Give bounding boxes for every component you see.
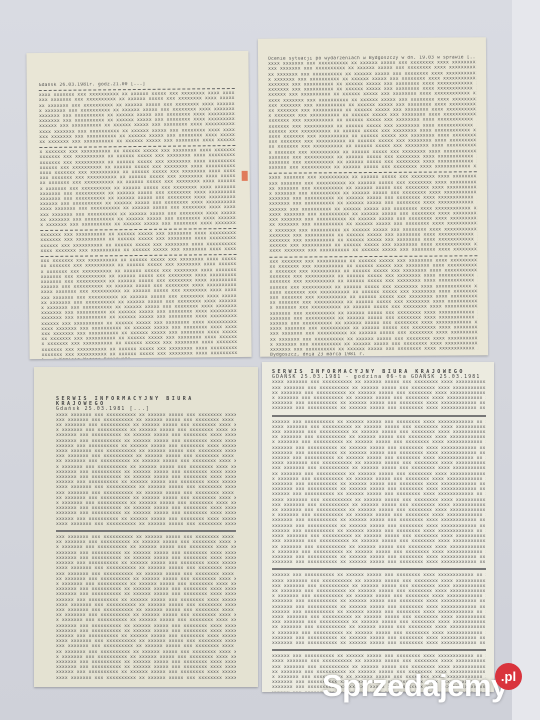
text-line: xx xxxxxxx xxx xxxxxxxxxx xx xxxxxx xxxx… [272,625,486,630]
sticker [242,171,248,181]
text-line: xxxx xxxxxxx xxx xxxxxxxxxx xx xxxxxx xx… [56,522,236,527]
board-edge [512,0,540,720]
text-line: xxxxxx xxx xxxxxxxxxx xx xxxxxx xxxxx xx… [56,670,236,675]
watermark-badge: .pl [495,663,522,690]
doc2-body: xxxx xxxxxxx xxx xxxxxxxxxx xx xxxxxx xx… [268,60,478,352]
doc2-footer: Bydgoszcz, dnia 23 marca 1981 r. [270,351,478,356]
text-line: xxxxxx xxx xxxxxxxxxx xx xxxxxx xxxxx xx… [56,598,236,603]
text-line: xxxx xxxxxxx xxx xxxxxxxxxx xx xxxxxx xx… [56,566,236,571]
text-line: xxxx xxxxxxx xxx xxxxxxxxxx xx xxxxxx xx… [56,485,236,490]
text-line: xxxx xxxxxxx xxx xxxxxxxxxx xx xxxxxx xx… [272,380,486,385]
watermark-text: Sprzedajemy [322,668,508,704]
text-line: xxxxxxx xxx xxxxxxxxxx xx xxxxxx xxxxx x… [272,605,486,610]
text-line: xxxxxxx xxx xxxxxxxxxx xx xxxxxx xxxxx x… [272,599,486,604]
document-2: Ocenie sytuacji po wydarzeniach w Bydgos… [258,37,488,357]
text-line: xx xxxxxxx xxx xxxxxxxxxx xx xxxxxx xxxx… [39,138,235,145]
text-line: xxxx xxxxxxx xxx xxxxxxxxxx xx xxxxxx xx… [269,248,477,255]
text-line: xxx xxxxxxx xxx xxxxxxxxxx xx xxxxxx xxx… [56,644,236,649]
text-line: xxxxxx xxx xxxxxxxxxx xx xxxxxx xxxxx xx… [272,573,486,578]
text-line: xxxxxxx xxx xxxxxxxxxx xx xxxxxx xxxxx x… [272,518,486,523]
text-line: x xxxxxxx xxx xxxxxxxxxx xx xxxxxx xxxxx… [272,631,486,636]
document-1: Gdańsk 26.03.1981r. godz.21.00 [...] xxx… [26,51,251,359]
text-line: xxxxxxx xxx xxxxxxxxxx xx xxxxxx xxxxx x… [272,560,486,565]
divider [56,530,236,532]
doc1-header: Gdańsk 26.03.1981r. godz.21.00 [...] [39,81,235,88]
text-line: xxxx xxxxxxx xxx xxxxxxxxxx xx xxxxxx xx… [272,659,486,664]
text-line: x xxxxxxx xxx xxxxxxxxxx xx xxxxxx xxxxx… [272,440,486,445]
divider [269,255,477,257]
divider [272,568,486,570]
text-line: xxxxxx xxx xxxxxxxxxx xx xxxxxx xxxxx xx… [269,165,477,172]
text-line: xx xxxxxxx xxx xxxxxxxxxx xx xxxxxx xxxx… [272,545,486,550]
text-line: xxx xxxxxxx xxx xxxxxxxxxx xx xxxxxx xxx… [272,466,486,471]
divider [269,172,477,174]
divider [272,415,486,417]
document-3: SERWIS INFORMACYJNY BIURA KRAJOWEGO Gdań… [34,367,258,687]
text-line: xx xxxxxxx xxx xxxxxxxxxx xx xxxxxx xxxx… [56,459,236,464]
doc4-body: xxxx xxxxxxx xxx xxxxxxxxxx xx xxxxxx xx… [272,380,486,692]
text-line: xxx xxxxxxx xxx xxxxxxxxxx xx xxxxxx xxx… [56,572,236,577]
text-line: x xxxxxxx xxx xxxxxxxxxx xx xxxxxx xxxxx… [56,545,236,550]
text-line: x xxxxxxx xxx xxxxxxxxxx xx xxxxxx xxxxx… [40,221,236,228]
text-line: xxxx xxxxxxx xxx xxxxxxxxxx xx xxxxxx xx… [40,247,236,254]
text-line: xxxxxxx xxx xxxxxxxxxx xx xxxxxx xxxxx x… [272,641,486,646]
text-line: xxxxxxx xxx xxxxxxxxxx xx xxxxxx xxxxx x… [56,511,236,516]
text-line: xxxx xxxxxxx xxx xxxxxxxxxx xx xxxxxx xx… [56,676,236,681]
doc3-body: xxxx xxxxxxx xxx xxxxxxxxxx xx xxxxxx xx… [56,413,236,681]
text-line: xxxx xxxxxxx xxx xxxxxxxxxx xx xxxxxx xx… [272,579,486,584]
doc3-header: SERWIS INFORMACYJNY BIURA KRAJOWEGO [56,397,236,407]
text-line: xxxxxxx xxx xxxxxxxxxx xx xxxxxx xxxxx x… [272,406,486,411]
document-4: SERWIS INFORMACYJNY BIURA KRAJOWEGO GDAŃ… [262,362,494,692]
text-line: xxxxxx xxx xxxxxxxxxx xx xxxxxx xxxxx xx… [272,492,486,497]
text-line: xxx xxxxxxx xxx xxxxxxxxxx xx xxxxxx xxx… [272,539,486,544]
text-line: x xxxxxxx xxx xxxxxxxxxx xx xxxxxx xxxxx… [56,618,236,623]
divider [272,649,486,651]
text-line: xxxxxxx xxx xxxxxxxxxx xx xxxxxx xxxxx x… [56,433,236,438]
doc1-body: xxxx xxxxxxx xxx xxxxxxxxxx xx xxxxxx xx… [39,91,238,358]
text-line: xxxxxxx xxx xxxxxxxxxx xx xxxxxx xxxxx x… [56,592,236,597]
text-line: xxxxxxx xxx xxxxxxxxxx xx xxxxxx xxxxx x… [56,624,236,629]
text-line: xx xxxxxxx xxx xxxxxxxxxx xx xxxxxx xxxx… [56,650,236,655]
